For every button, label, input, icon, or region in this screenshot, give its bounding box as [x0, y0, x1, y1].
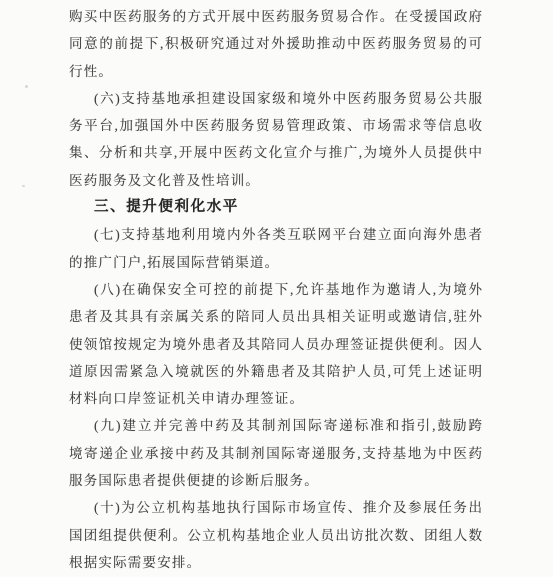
section-heading-3: 三、提升便利化水平	[69, 194, 482, 221]
scan-speckle	[22, 185, 25, 187]
text-line-17: 境寄递企业承接中药及其制剂国际寄递服务,支持基地为中医药	[69, 440, 482, 467]
document-body: 购买中医药服务的方式开展中医药服务贸易合作。在受援国政府 同意的前提下,积极研究…	[69, 3, 482, 576]
text-line-2: 同意的前提下,积极研究通过对外援助推动中医药服务贸易的可	[69, 30, 482, 57]
text-line-14: 道原因需紧急入境就医的外籍患者及其陪护人员,可凭上述证明	[69, 358, 482, 385]
text-line-7: 医药服务及文化普及性培训。	[69, 167, 482, 194]
text-line-10: 的推广门户,拓展国际营销渠道。	[69, 249, 482, 276]
text-line-15: 材料向口岸签证机关申请办理签证。	[69, 385, 482, 412]
text-line-9-item-7: (七)支持基地利用境内外各类互联网平台建立面向海外患者	[69, 221, 482, 248]
scan-speckle	[25, 85, 28, 88]
text-line-3: 行性。	[69, 58, 482, 85]
text-line-4-item-6: (六)支持基地承担建设国家级和境外中医药服务贸易公共服	[69, 85, 482, 112]
text-line-13: 使领馆按规定为境外患者及其陪同人员办理签证提供便利。因人	[69, 331, 482, 358]
text-line-12: 患者及其具有亲属关系的陪同人员出具相关证明或邀请信,驻外	[69, 303, 482, 330]
text-line-1: 购买中医药服务的方式开展中医药服务贸易合作。在受援国政府	[69, 3, 482, 30]
text-line-11-item-8: (八)在确保安全可控的前提下,允许基地作为邀请人,为境外	[69, 276, 482, 303]
text-line-18: 服务国际患者提供便捷的诊断后服务。	[69, 467, 482, 494]
text-line-5: 务平台,加强国外中医药服务贸易管理政策、市场需求等信息收	[69, 112, 482, 139]
document-page: 购买中医药服务的方式开展中医药服务贸易合作。在受援国政府 同意的前提下,积极研究…	[0, 0, 553, 577]
text-line-16-item-9: (九)建立并完善中药及其制剂国际寄递标准和指引,鼓励跨	[69, 412, 482, 439]
text-line-21: 根据实际需要安排。	[69, 549, 482, 576]
text-line-20: 国团组提供便利。公立机构基地企业人员出访批次数、团组人数	[69, 522, 482, 549]
text-line-19-item-10: (十)为公立机构基地执行国际市场宣传、推介及参展任务出	[69, 494, 482, 521]
text-line-6: 集、分析和共享,开展中医药文化宣介与推广,为境外人员提供中	[69, 139, 482, 166]
